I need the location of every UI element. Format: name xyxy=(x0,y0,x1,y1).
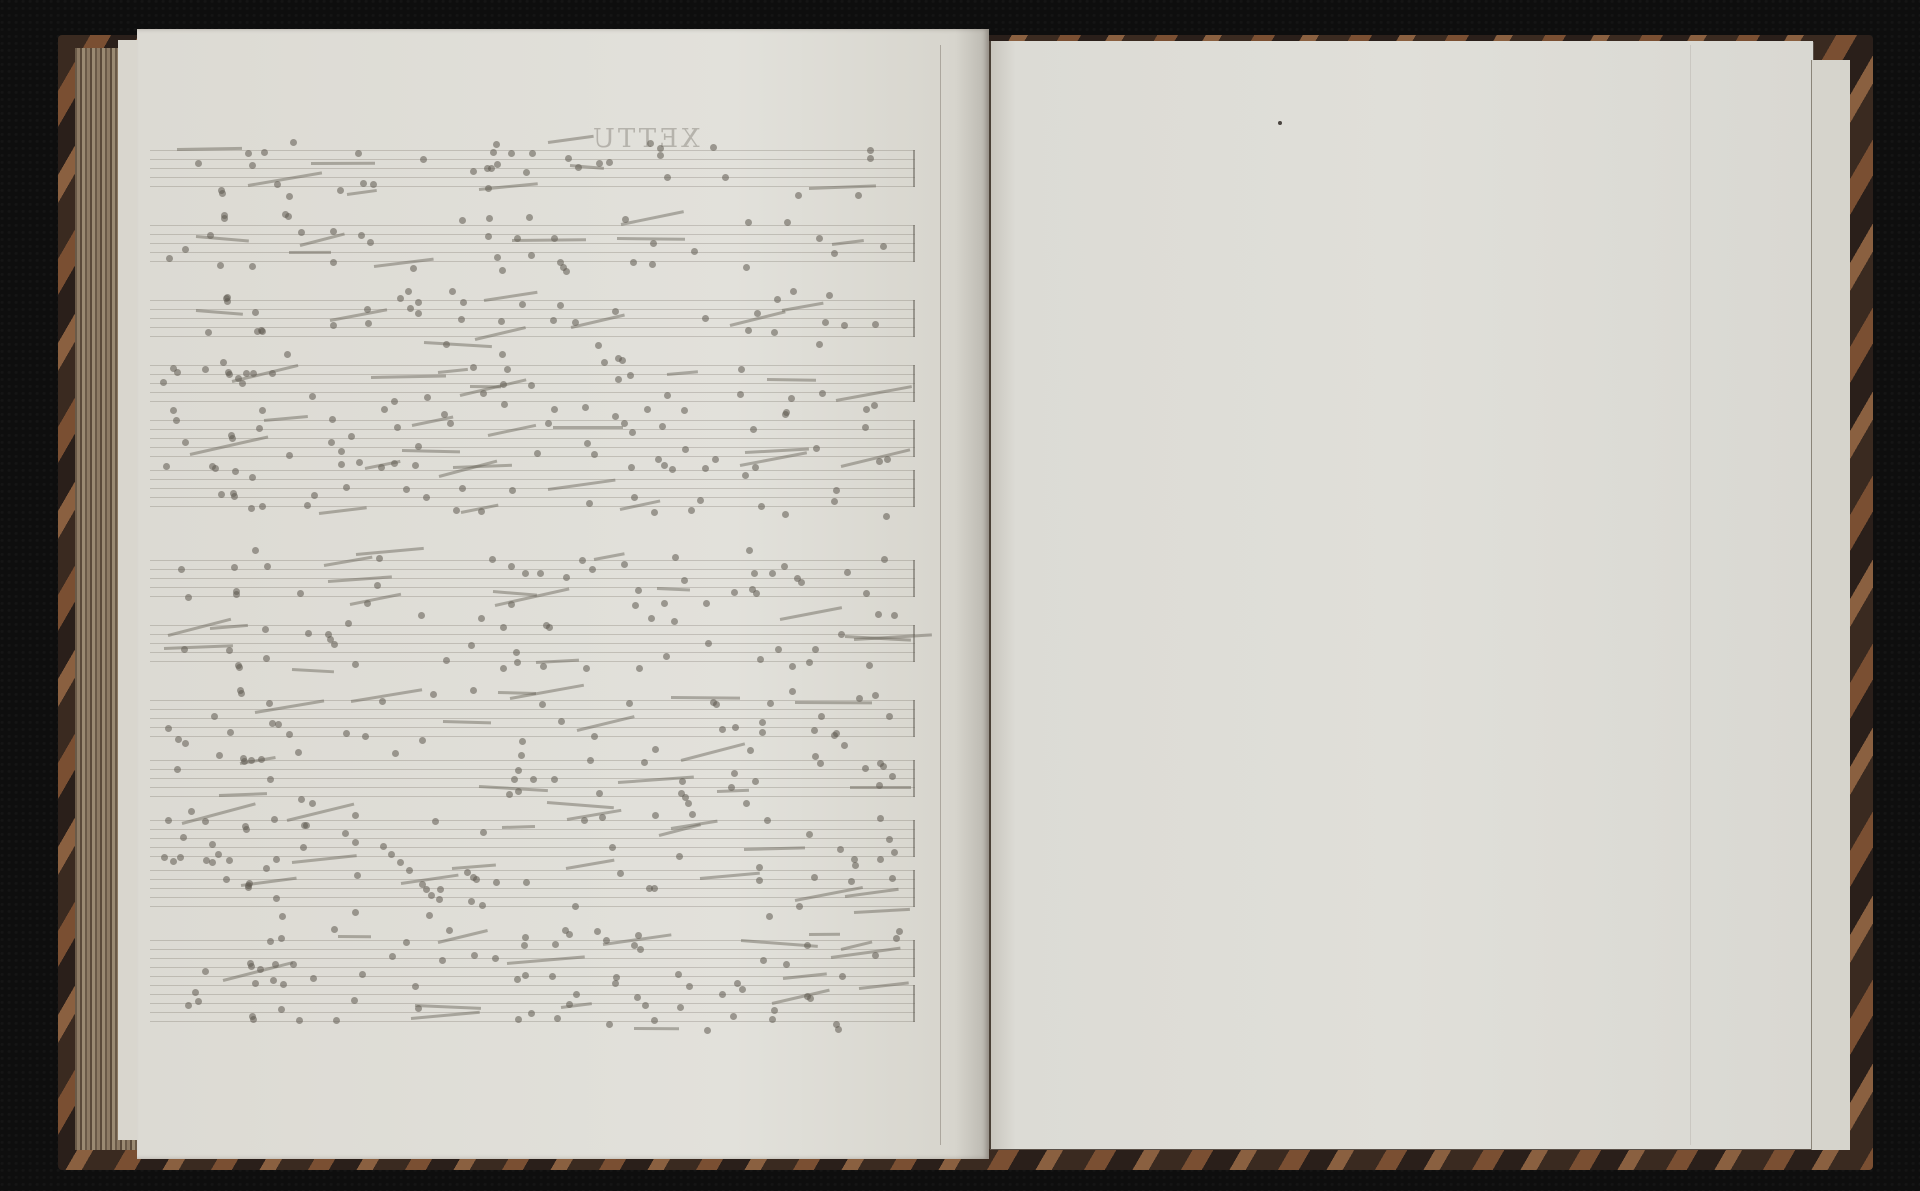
note-head xyxy=(678,790,685,797)
note-head xyxy=(278,935,285,942)
note-head xyxy=(252,547,259,554)
note-head xyxy=(790,288,797,295)
note-head xyxy=(231,493,238,500)
note-head xyxy=(877,760,884,767)
note-head xyxy=(759,719,766,726)
note-head xyxy=(579,557,586,564)
note-head xyxy=(594,928,601,935)
staff xyxy=(150,225,915,265)
note-head xyxy=(500,624,507,631)
note-head xyxy=(263,655,270,662)
note-head xyxy=(806,831,813,838)
note-head xyxy=(270,977,277,984)
note-head xyxy=(523,879,530,886)
note-head xyxy=(759,729,766,736)
note-head xyxy=(582,404,589,411)
note-head xyxy=(789,663,796,670)
note-head xyxy=(362,733,369,740)
note-head xyxy=(333,1017,340,1024)
note-head xyxy=(211,713,218,720)
note-head xyxy=(543,622,550,629)
note-beam xyxy=(497,691,536,695)
note-head xyxy=(500,665,507,672)
note-head xyxy=(365,320,372,327)
note-head xyxy=(515,1016,522,1023)
note-head xyxy=(238,690,245,697)
note-head xyxy=(606,1021,613,1028)
note-beam xyxy=(553,426,623,429)
note-beam xyxy=(795,701,872,704)
note-head xyxy=(745,327,752,334)
note-head xyxy=(752,778,759,785)
note-head xyxy=(730,1013,737,1020)
note-head xyxy=(648,615,655,622)
note-head xyxy=(562,927,569,934)
note-head xyxy=(551,406,558,413)
note-head xyxy=(258,327,265,334)
note-head xyxy=(205,329,212,336)
note-head xyxy=(833,730,840,737)
note-head xyxy=(745,219,752,226)
note-head xyxy=(380,843,387,850)
note-head xyxy=(758,503,765,510)
note-head xyxy=(180,834,187,841)
note-head xyxy=(388,851,395,858)
note-head xyxy=(697,497,704,504)
note-head xyxy=(710,699,717,706)
note-head xyxy=(816,235,823,242)
note-head xyxy=(300,844,307,851)
note-head xyxy=(719,726,726,733)
note-head xyxy=(626,700,633,707)
note-head xyxy=(589,566,596,573)
note-head xyxy=(426,912,433,919)
note-head xyxy=(629,429,636,436)
note-head xyxy=(822,319,829,326)
note-head xyxy=(587,757,594,764)
note-head xyxy=(471,952,478,959)
note-head xyxy=(175,736,182,743)
note-head xyxy=(202,366,209,373)
note-head xyxy=(328,439,335,446)
note-head xyxy=(775,646,782,653)
note-head xyxy=(392,750,399,757)
note-head xyxy=(519,301,526,308)
note-head xyxy=(886,713,893,720)
note-head xyxy=(671,618,678,625)
note-beam xyxy=(850,786,911,789)
note-head xyxy=(893,935,900,942)
note-head xyxy=(498,318,505,325)
note-head xyxy=(337,187,344,194)
note-head xyxy=(613,974,620,981)
note-head xyxy=(478,615,485,622)
note-head xyxy=(282,211,289,218)
note-head xyxy=(432,818,439,825)
note-head xyxy=(871,402,878,409)
note-head xyxy=(891,612,898,619)
note-head xyxy=(262,626,269,633)
note-beam xyxy=(311,161,375,164)
note-head xyxy=(514,659,521,666)
note-beam xyxy=(671,696,740,700)
note-head xyxy=(261,149,268,156)
paper-speck xyxy=(1278,121,1282,125)
note-head xyxy=(345,620,352,627)
note-head xyxy=(218,491,225,498)
note-head xyxy=(767,700,774,707)
note-head xyxy=(311,492,318,499)
note-head xyxy=(528,382,535,389)
note-head xyxy=(513,649,520,656)
note-head xyxy=(410,265,417,272)
note-head xyxy=(493,879,500,886)
note-head xyxy=(747,747,754,754)
note-head xyxy=(437,886,444,893)
note-head xyxy=(691,248,698,255)
note-head xyxy=(839,973,846,980)
note-head xyxy=(661,462,668,469)
note-head xyxy=(405,288,412,295)
note-head xyxy=(219,190,226,197)
note-head xyxy=(354,872,361,879)
note-beam xyxy=(289,251,331,254)
note-head xyxy=(635,587,642,594)
note-head xyxy=(788,395,795,402)
note-beam xyxy=(617,237,685,241)
note-head xyxy=(430,691,437,698)
note-head xyxy=(509,487,516,494)
note-head xyxy=(896,928,903,935)
note-head xyxy=(403,939,410,946)
note-head xyxy=(284,351,291,358)
note-head xyxy=(722,174,729,181)
note-head xyxy=(379,698,386,705)
note-head xyxy=(591,451,598,458)
note-head xyxy=(877,815,884,822)
note-head xyxy=(863,590,870,597)
note-head xyxy=(419,737,426,744)
note-head xyxy=(338,448,345,455)
note-head xyxy=(867,155,874,162)
note-head xyxy=(256,425,263,432)
note-head xyxy=(651,885,658,892)
note-head xyxy=(182,246,189,253)
note-head xyxy=(229,435,236,442)
note-head xyxy=(789,688,796,695)
note-head xyxy=(298,229,305,236)
note-head xyxy=(889,773,896,780)
note-head xyxy=(550,317,557,324)
note-head xyxy=(651,1017,658,1024)
note-head xyxy=(248,963,255,970)
note-head xyxy=(470,687,477,694)
note-head xyxy=(394,424,401,431)
note-head xyxy=(705,640,712,647)
note-head xyxy=(551,776,558,783)
note-head xyxy=(731,589,738,596)
note-head xyxy=(652,812,659,819)
note-head xyxy=(195,998,202,1005)
note-head xyxy=(760,957,767,964)
note-head xyxy=(572,903,579,910)
note-head xyxy=(886,836,893,843)
note-head xyxy=(529,150,536,157)
note-head xyxy=(528,252,535,259)
note-head xyxy=(501,401,508,408)
note-head xyxy=(835,1026,842,1033)
note-head xyxy=(376,555,383,562)
right-flap xyxy=(1811,60,1850,1150)
note-head xyxy=(862,765,869,772)
note-head xyxy=(297,590,304,597)
note-head xyxy=(459,217,466,224)
note-head xyxy=(192,989,199,996)
note-head xyxy=(641,759,648,766)
note-head xyxy=(352,812,359,819)
note-head xyxy=(215,851,222,858)
note-head xyxy=(415,310,422,317)
note-head xyxy=(522,570,529,577)
note-head xyxy=(423,494,430,501)
note-head xyxy=(710,144,717,151)
note-head xyxy=(742,472,749,479)
note-head xyxy=(412,983,419,990)
note-head xyxy=(243,826,250,833)
note-head xyxy=(534,450,541,457)
note-head xyxy=(403,486,410,493)
note-head xyxy=(468,898,475,905)
note-head xyxy=(275,721,282,728)
note-head xyxy=(637,946,644,953)
note-head xyxy=(530,776,537,783)
note-head xyxy=(650,240,657,247)
note-head xyxy=(352,661,359,668)
staff xyxy=(150,700,915,740)
note-head xyxy=(783,961,790,968)
note-head xyxy=(659,423,666,430)
note-beam xyxy=(634,1027,679,1030)
note-head xyxy=(806,659,813,666)
note-head xyxy=(528,1010,535,1017)
note-head xyxy=(286,452,293,459)
note-head xyxy=(642,1002,649,1009)
note-head xyxy=(250,1016,257,1023)
note-head xyxy=(296,1017,303,1024)
note-head xyxy=(479,902,486,909)
note-head xyxy=(343,730,350,737)
note-head xyxy=(519,738,526,745)
note-head xyxy=(661,600,668,607)
note-head xyxy=(514,976,521,983)
note-head xyxy=(664,174,671,181)
note-head xyxy=(267,938,274,945)
note-head xyxy=(621,561,628,568)
note-head xyxy=(631,942,638,949)
note-head xyxy=(672,554,679,561)
note-head xyxy=(278,1006,285,1013)
note-head xyxy=(523,169,530,176)
note-head xyxy=(460,299,467,306)
note-head xyxy=(526,214,533,221)
note-head xyxy=(458,316,465,323)
note-head xyxy=(632,602,639,609)
note-head xyxy=(443,657,450,664)
note-beam xyxy=(767,378,816,382)
note-head xyxy=(298,796,305,803)
note-head xyxy=(418,612,425,619)
note-head xyxy=(703,600,710,607)
note-head xyxy=(617,870,624,877)
note-head xyxy=(232,468,239,475)
note-head xyxy=(612,413,619,420)
note-head xyxy=(663,653,670,660)
note-head xyxy=(688,507,695,514)
note-head xyxy=(634,994,641,1001)
note-head xyxy=(352,909,359,916)
note-head xyxy=(866,662,873,669)
note-head xyxy=(841,742,848,749)
note-head xyxy=(412,462,419,469)
note-head xyxy=(331,641,338,648)
note-head xyxy=(480,829,487,836)
note-head xyxy=(848,878,855,885)
note-head xyxy=(558,718,565,725)
note-head xyxy=(586,500,593,507)
note-head xyxy=(188,808,195,815)
note-head xyxy=(872,321,879,328)
note-head xyxy=(757,656,764,663)
note-head xyxy=(565,155,572,162)
note-head xyxy=(841,322,848,329)
note-head xyxy=(813,445,820,452)
note-head xyxy=(449,288,456,295)
note-head xyxy=(743,264,750,271)
note-head xyxy=(738,366,745,373)
note-head xyxy=(504,366,511,373)
note-head xyxy=(750,426,757,433)
note-head xyxy=(756,864,763,871)
note-head xyxy=(752,464,759,471)
note-head xyxy=(406,867,413,874)
note-head xyxy=(271,816,278,823)
note-head xyxy=(831,498,838,505)
note-head xyxy=(669,466,676,473)
note-head xyxy=(259,407,266,414)
note-head xyxy=(702,315,709,322)
note-head xyxy=(397,859,404,866)
note-head xyxy=(508,150,515,157)
note-head xyxy=(880,243,887,250)
note-head xyxy=(264,563,271,570)
note-head xyxy=(249,474,256,481)
note-head xyxy=(182,439,189,446)
note-head xyxy=(647,140,654,147)
note-head xyxy=(609,844,616,851)
note-head xyxy=(508,563,515,570)
staff xyxy=(150,985,915,1025)
note-head xyxy=(252,309,259,316)
note-head xyxy=(304,502,311,509)
note-head xyxy=(338,461,345,468)
note-head xyxy=(796,903,803,910)
note-head xyxy=(506,791,513,798)
note-head xyxy=(163,463,170,470)
note-head xyxy=(545,420,552,427)
note-head xyxy=(877,856,884,863)
note-head xyxy=(494,254,501,261)
left-page-fold-line xyxy=(940,45,941,1145)
note-head xyxy=(459,485,466,492)
note-head xyxy=(739,986,746,993)
right-page-fold-line xyxy=(1690,45,1691,1145)
